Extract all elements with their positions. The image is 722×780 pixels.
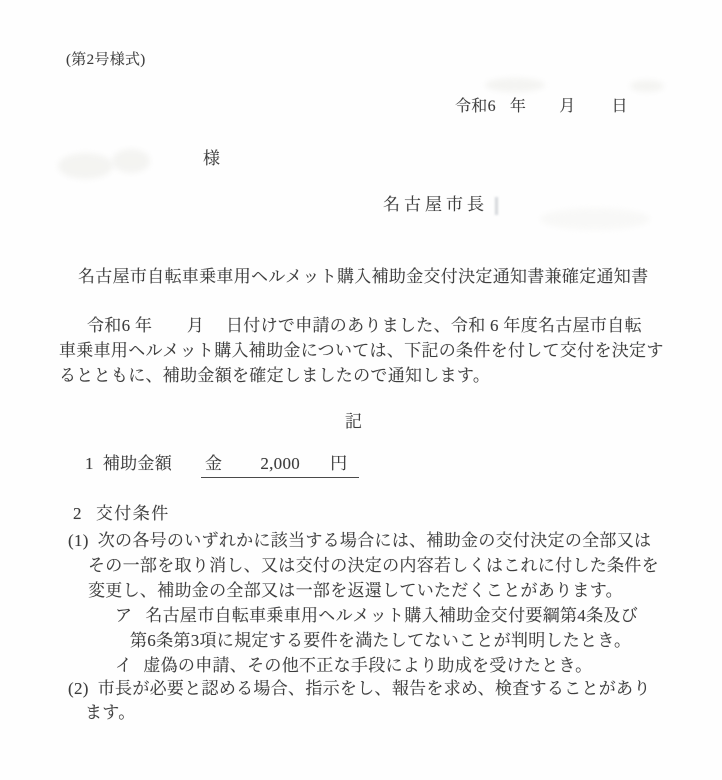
form-number-label: (第2号様式) (66, 50, 146, 71)
condition-clause-1-line-3: 変更し、補助金の全部又は一部を返還していただくことがあります。 (88, 580, 623, 601)
redaction-mark-date-year (485, 78, 545, 92)
body-paragraph-line-2: 車乗車用ヘルメット購入補助金については、下記の条件を付して交付を決定す (59, 340, 664, 361)
issue-date-day-label: 日 (612, 98, 628, 115)
condition-sub-a-number: ア (115, 606, 132, 625)
redaction-mark-recipient-name-2 (112, 149, 150, 173)
subsidy-item-number: 1 (85, 454, 94, 473)
conditions-item-number: 2 (73, 504, 82, 523)
recipient-honorific: 様 (203, 148, 220, 169)
body-paragraph-line-1: 令和6 年 月 日付けで申請のありました、令和 6 年度名古屋市自転 (87, 315, 642, 336)
condition-clause-1-text: 次の各号のいずれかに該当する場合には、補助金の交付決定の全部又は (98, 531, 652, 550)
condition-clause-2-line-1: (2)市長が必要と認める場合、指示をし、報告を求め、検査することがあり (68, 678, 651, 699)
sender-name: 名古屋市長 (383, 194, 488, 215)
conditions-heading: 交付条件 (96, 504, 170, 523)
subsidy-amount-value: 2,000 (260, 454, 300, 473)
redaction-mark-date-day (630, 80, 664, 92)
record-heading: 記 (345, 411, 362, 432)
condition-sub-a-line-1: ア名古屋市自転車乗車用ヘルメット購入補助金交付要綱第4条及び (115, 605, 638, 626)
redaction-mark-sender-name (495, 197, 498, 215)
subsidy-currency-unit: 円 (330, 454, 347, 473)
scanned-document-page: (第2号様式) 令和6年月日 様 名古屋市長 名古屋市自転車乗車用ヘルメット購入… (0, 0, 722, 780)
condition-clause-2-number: (2) (68, 679, 89, 698)
condition-clause-2-line-2: ます。 (85, 702, 136, 723)
condition-clause-1-line-1: (1)次の各号のいずれかに該当する場合には、補助金の交付決定の全部又は (68, 530, 651, 551)
condition-sub-i-line-1: イ虚偽の申請、その他不正な手段により助成を受けたとき。 (115, 655, 592, 676)
document-title: 名古屋市自転車乗車用ヘルメット購入補助金交付決定通知書兼確定通知書 (78, 266, 648, 287)
subsidy-label: 補助金額 (103, 454, 172, 473)
subsidy-amount-line: 1補助金額金2,000円 (85, 453, 359, 478)
issue-date-era-year: 令和6 (455, 98, 496, 115)
redaction-mark-sender-area (540, 208, 650, 230)
subsidy-amount-group: 金2,000円 (201, 453, 359, 478)
condition-sub-a-line-2: 第6条第3項に規定する要件を満たしてないことが判明したとき。 (130, 630, 631, 651)
condition-sub-i-number: イ (115, 656, 132, 675)
condition-clause-2-text: 市長が必要と認める場合、指示をし、報告を求め、検査することがあり (98, 679, 651, 698)
condition-clause-1-number: (1) (68, 531, 89, 550)
condition-sub-a-text: 名古屋市自転車乗車用ヘルメット購入補助金交付要綱第4条及び (145, 606, 638, 625)
condition-clause-1-line-2: その一部を取り消し、又は交付の決定の内容若しくはこれに付した条件を (88, 555, 659, 576)
redaction-mark-recipient-name-1 (58, 153, 113, 179)
condition-sub-i-text: 虚偽の申請、その他不正な手段により助成を受けたとき。 (143, 656, 592, 675)
issue-date-year-label: 年 (510, 98, 526, 115)
issue-date-month-label: 月 (559, 98, 575, 115)
conditions-heading-line: 2交付条件 (73, 503, 170, 524)
subsidy-currency-prefix: 金 (205, 454, 222, 473)
issue-date-line: 令和6年月日 (455, 96, 628, 117)
body-paragraph-line-3: るとともに、補助金額を確定しましたので通知します。 (59, 365, 490, 386)
